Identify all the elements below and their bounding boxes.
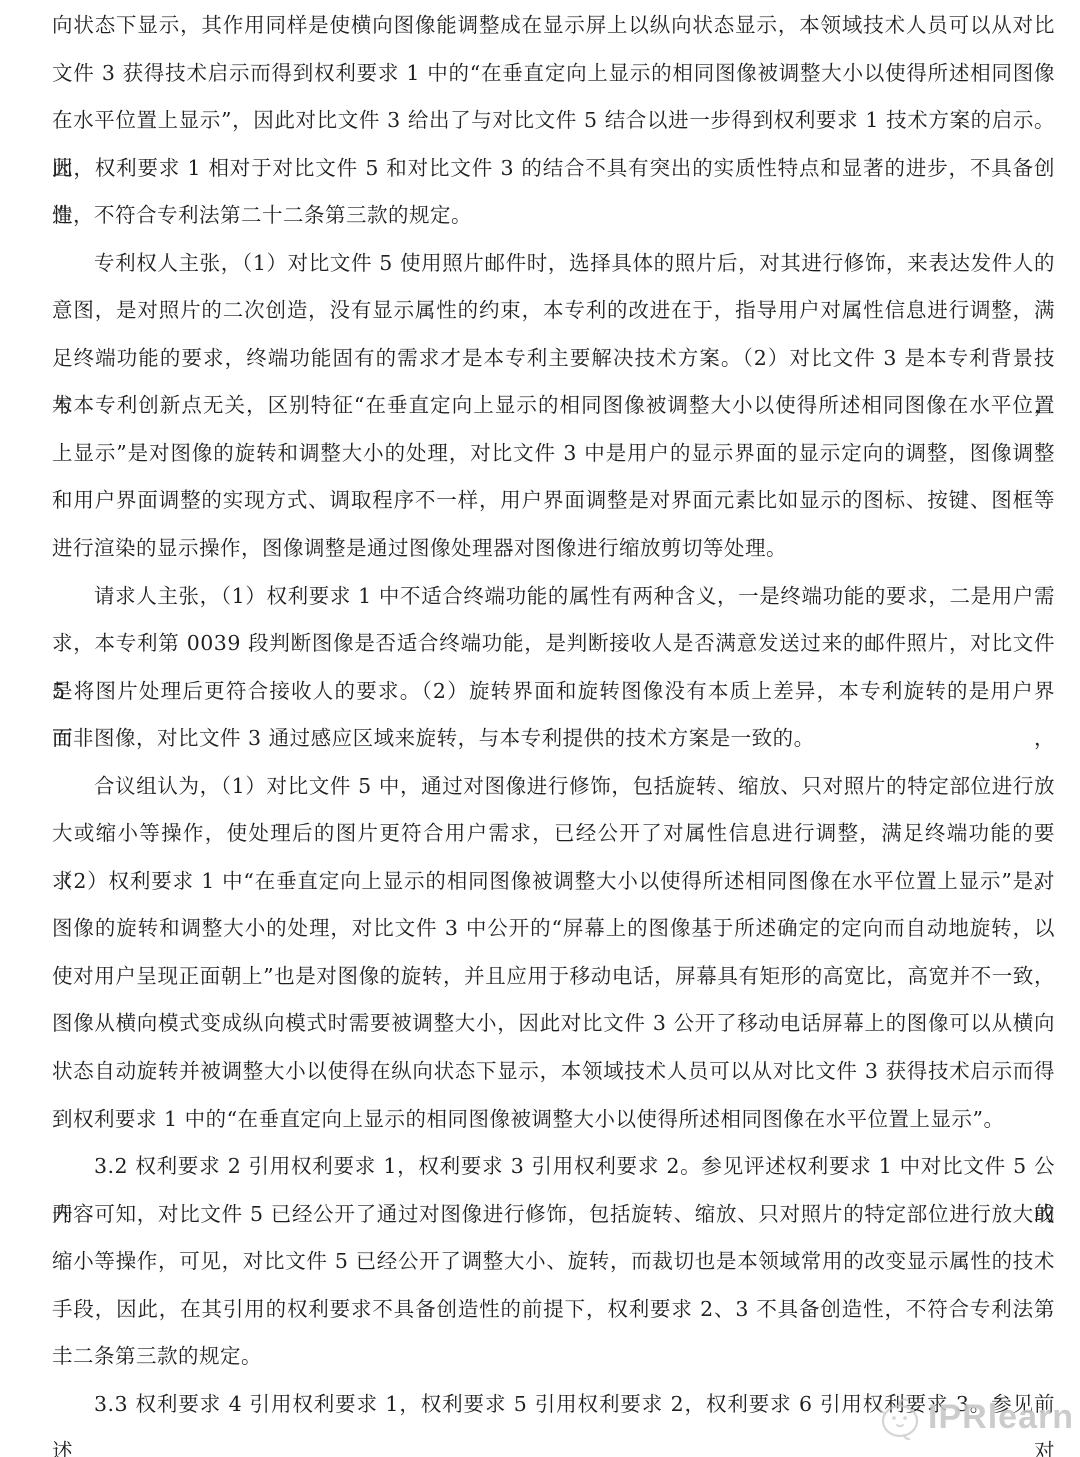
text-line: 状态自动旋转并被调整大小以使得在纵向状态下显示，本领域技术人员可以从对比文件 3… — [52, 1048, 1055, 1096]
text-line: 意图，是对照片的二次创造，没有显示属性的约束，本专利的改进在于，指导用户对属性信… — [52, 287, 1055, 335]
text-line: 和用户界面调整的实现方式、调取程序不一样，用户界面调整是对界面元素比如显示的图标… — [52, 477, 1055, 525]
text-line: 在水平位置上显示”，因此对比文件 3 给出了与对比文件 5 结合以进一步得到权利… — [52, 97, 1055, 145]
text-line: 专利权人主张，（1）对比文件 5 使用照片邮件时，选择具体的照片后，对其进行修饰… — [52, 240, 1055, 288]
text-line: 性，不符合专利法第二十二条第三款的规定。 — [52, 192, 1055, 240]
text-line: 请求人主张，（1）权利要求 1 中不适合终端功能的属性有两种含义，一是终端功能的… — [52, 573, 1055, 621]
text-line: 是将图片处理后更符合接收人的要求。（2）旋转界面和旋转图像没有本质上差异，本专利… — [52, 668, 1055, 716]
text-line: 内容可知，对比文件 5 已经公开了通过对图像进行修饰，包括旋转、缩放、只对照片的… — [52, 1191, 1055, 1239]
text-line: 3.2 权利要求 2 引用权利要求 1，权利要求 3 引用权利要求 2。参见评述… — [52, 1143, 1055, 1191]
document-text-body: 向状态下显示，其作用同样是使横向图像能调整成在显示屏上以纵向状态显示，本领域技术… — [52, 2, 1055, 1428]
text-line: （2）权利要求 1 中“在垂直定向上显示的相同图像被调整大小以使得所述相同图像在… — [52, 858, 1055, 906]
document-page: 向状态下显示，其作用同样是使横向图像能调整成在显示屏上以纵向状态显示，本领域技术… — [0, 0, 1080, 1457]
text-line: 使对用户呈现正面朝上”也是对图像的旋转，并且应用于移动电话，屏幕具有矩形的高宽比… — [52, 953, 1055, 1001]
text-line: 上显示”是对图像的旋转和调整大小的处理，对比文件 3 中是用户的显示界面的显示定… — [52, 430, 1055, 478]
text-line: 缩小等操作，可见，对比文件 5 已经公开了调整大小、旋转，而裁切也是本领域常用的… — [52, 1238, 1055, 1286]
text-line: 十二条第三款的规定。 — [52, 1333, 1055, 1381]
text-line: 文件 3 获得技术启示而得到权利要求 1 中的“在垂直定向上显示的相同图像被调整… — [52, 50, 1055, 98]
text-line: 与本专利创新点无关，区别特征“在垂直定向上显示的相同图像被调整大小以使得所述相同… — [52, 382, 1055, 430]
text-line: 进行渲染的显示操作，图像调整是通过图像处理器对图像进行缩放剪切等处理。 — [52, 525, 1055, 573]
text-line: 图像从横向模式变成纵向模式时需要被调整大小，因此对比文件 3 公开了移动电话屏幕… — [52, 1000, 1055, 1048]
text-line: 图像的旋转和调整大小的处理，对比文件 3 中公开的“屏幕上的图像基于所述确定的定… — [52, 905, 1055, 953]
text-line: 大或缩小等操作，使处理后的图片更符合用户需求，已经公开了对属性信息进行调整，满足… — [52, 810, 1055, 858]
text-line: 合议组认为，（1）对比文件 5 中，通过对图像进行修饰，包括旋转、缩放、只对照片… — [52, 763, 1055, 811]
text-line: 求，本专利第 0039 段判断图像是否适合终端功能，是判断接收人是否满意发送过来… — [52, 620, 1055, 668]
text-line: 到权利要求 1 中的“在垂直定向上显示的相同图像被调整大小以使得所述相同图像在水… — [52, 1096, 1055, 1144]
text-line: 此，权利要求 1 相对于对比文件 5 和对比文件 3 的结合不具有突出的实质性特… — [52, 145, 1055, 193]
text-line: 向状态下显示，其作用同样是使横向图像能调整成在显示屏上以纵向状态显示，本领域技术… — [52, 2, 1055, 50]
text-line: 3.3 权利要求 4 引用权利要求 1，权利要求 5 引用权利要求 2，权利要求… — [52, 1381, 1055, 1429]
text-line: 足终端功能的要求，终端功能固有的需求才是本专利主要解决技术方案。（2）对比文件 … — [52, 335, 1055, 383]
text-line: 手段，因此，在其引用的权利要求不具备创造性的前提下，权利要求 2、3 不具备创造… — [52, 1286, 1055, 1334]
